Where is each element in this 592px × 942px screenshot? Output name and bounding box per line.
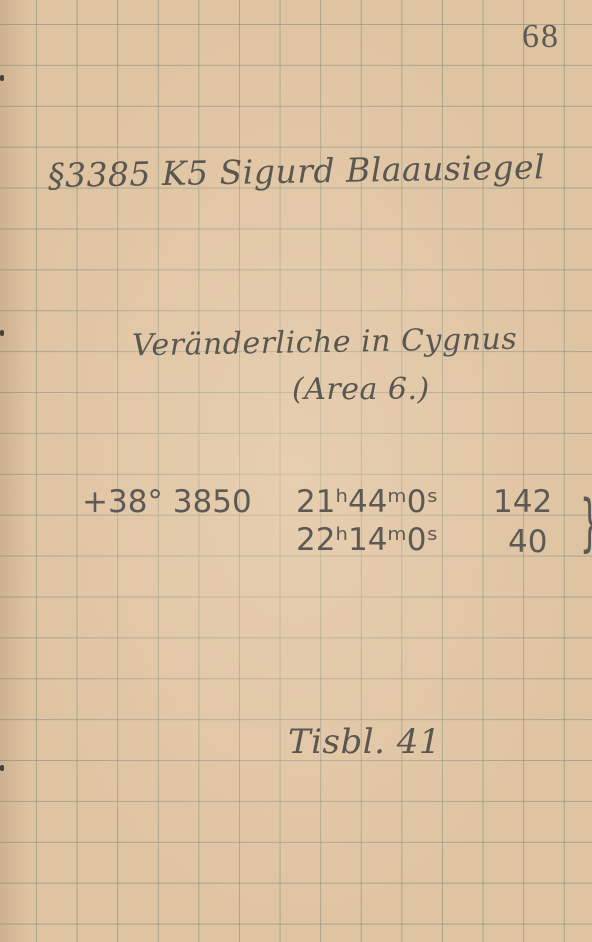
entry-subtitle-line-1: Veränderliche in Cygnus [132, 322, 518, 364]
footer-reference: Tisbl. 41 [288, 722, 441, 762]
binding-mark [0, 765, 4, 771]
binding-mark [0, 330, 4, 336]
declination-value: +38° 3850 [82, 484, 252, 520]
value-row-1: 142 [493, 484, 552, 520]
grouping-brace: } [580, 492, 592, 554]
notebook-page: 68 §3385 K5 Sigurd Blaausiegel Veränderl… [0, 0, 592, 942]
entry-subtitle-line-2: (Area 6.) [292, 372, 430, 407]
value-row-2: 40 [508, 524, 547, 560]
right-ascension-row-1: 21ʰ44ᵐ0ˢ [296, 484, 438, 520]
right-ascension-row-2: 22ʰ14ᵐ0ˢ [296, 522, 438, 558]
page-number: 68 [522, 18, 560, 56]
binding-mark [0, 75, 4, 81]
entry-title: §3385 K5 Sigurd Blaausiegel [48, 147, 546, 195]
